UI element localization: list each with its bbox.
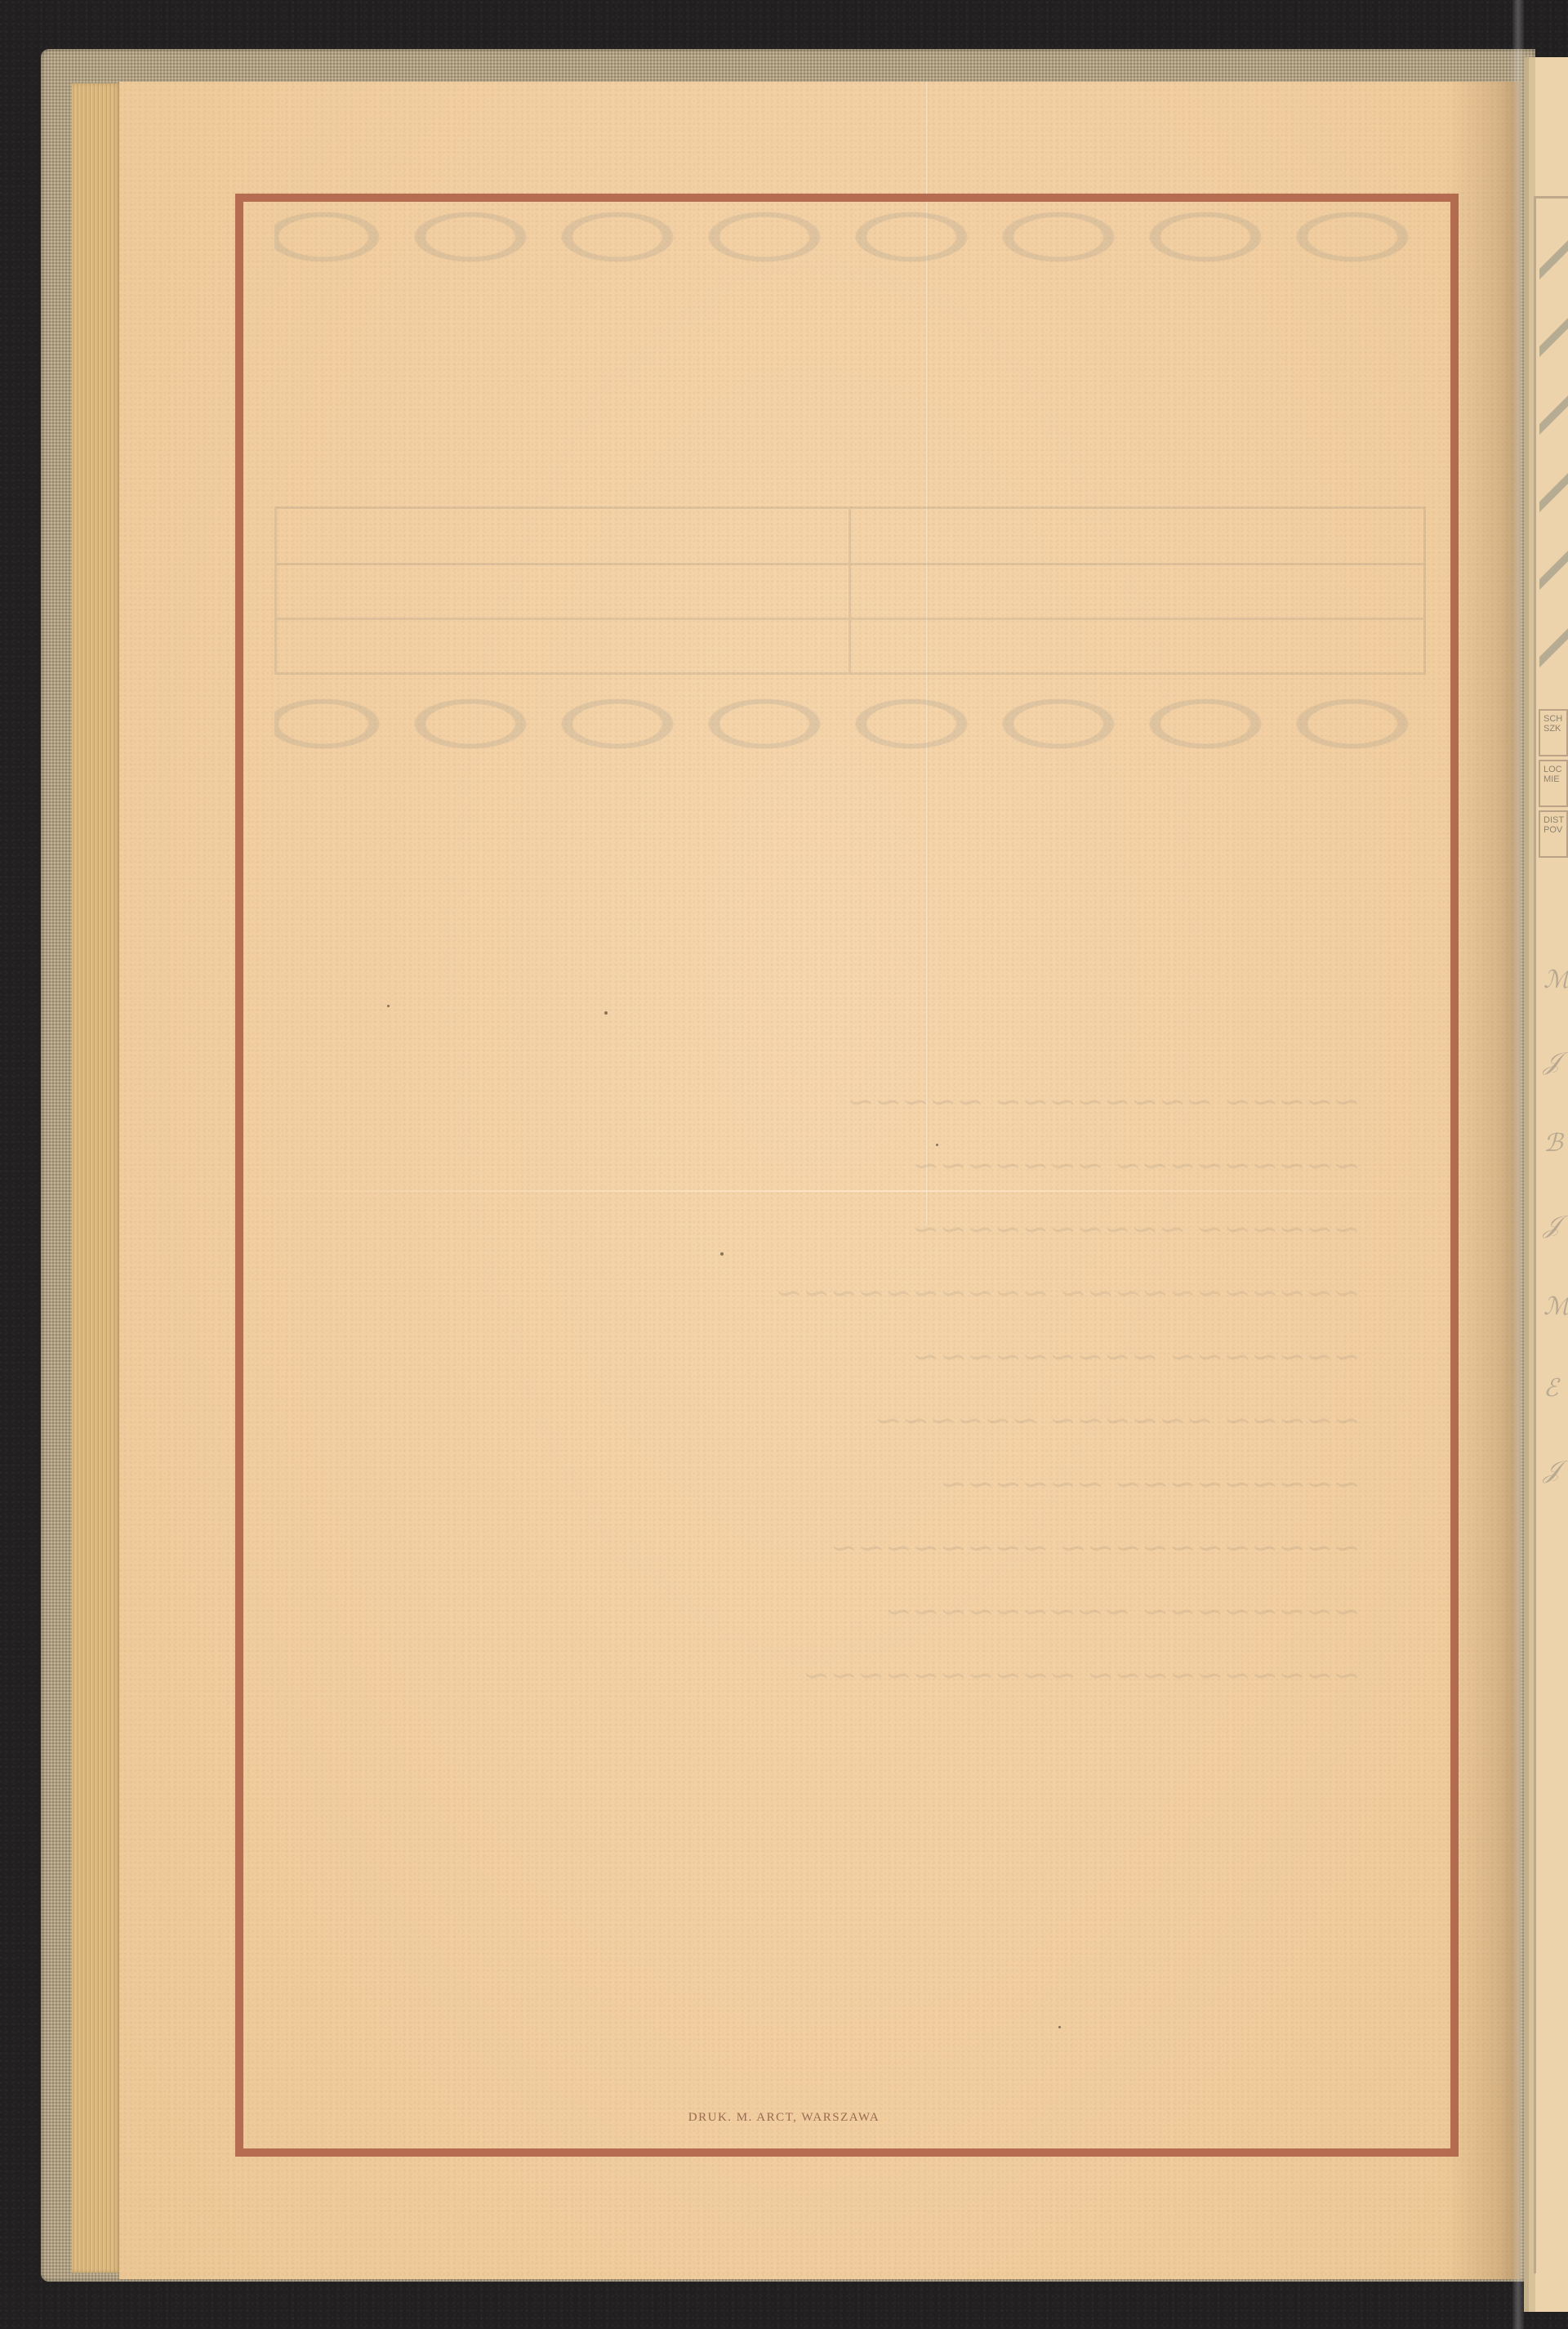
facing-page-handwriting: ℳ𝒥ℬ𝒥ℳℰ𝒥 xyxy=(1543,939,1568,1511)
facing-label-line: SCH xyxy=(1543,714,1566,724)
facing-label-line: POV xyxy=(1543,825,1566,835)
facing-label: DIST POV xyxy=(1539,810,1568,858)
facing-label-line: LOC xyxy=(1543,765,1566,774)
printer-imprint: DRUK. M. ARCT, WARSZAWA xyxy=(0,2111,1568,2125)
facing-label: LOC MIE xyxy=(1539,760,1568,807)
facing-label-line: SZK xyxy=(1543,724,1566,734)
glass-edge xyxy=(1512,0,1524,2329)
page-edges xyxy=(72,83,121,2273)
facing-label-line: MIE xyxy=(1543,774,1566,784)
facing-label-line: DIST xyxy=(1543,815,1566,825)
printed-red-frame xyxy=(235,194,1459,2157)
gutter-shadow xyxy=(1447,82,1521,2279)
facing-page-ornament xyxy=(1539,221,1568,694)
facing-label: SCH SZK xyxy=(1539,709,1568,756)
book-page: ~~~~~ ~~~~~~~~ ~~~~~ ~~~~~~~~~ ~~~~~~~ ~… xyxy=(119,82,1521,2279)
